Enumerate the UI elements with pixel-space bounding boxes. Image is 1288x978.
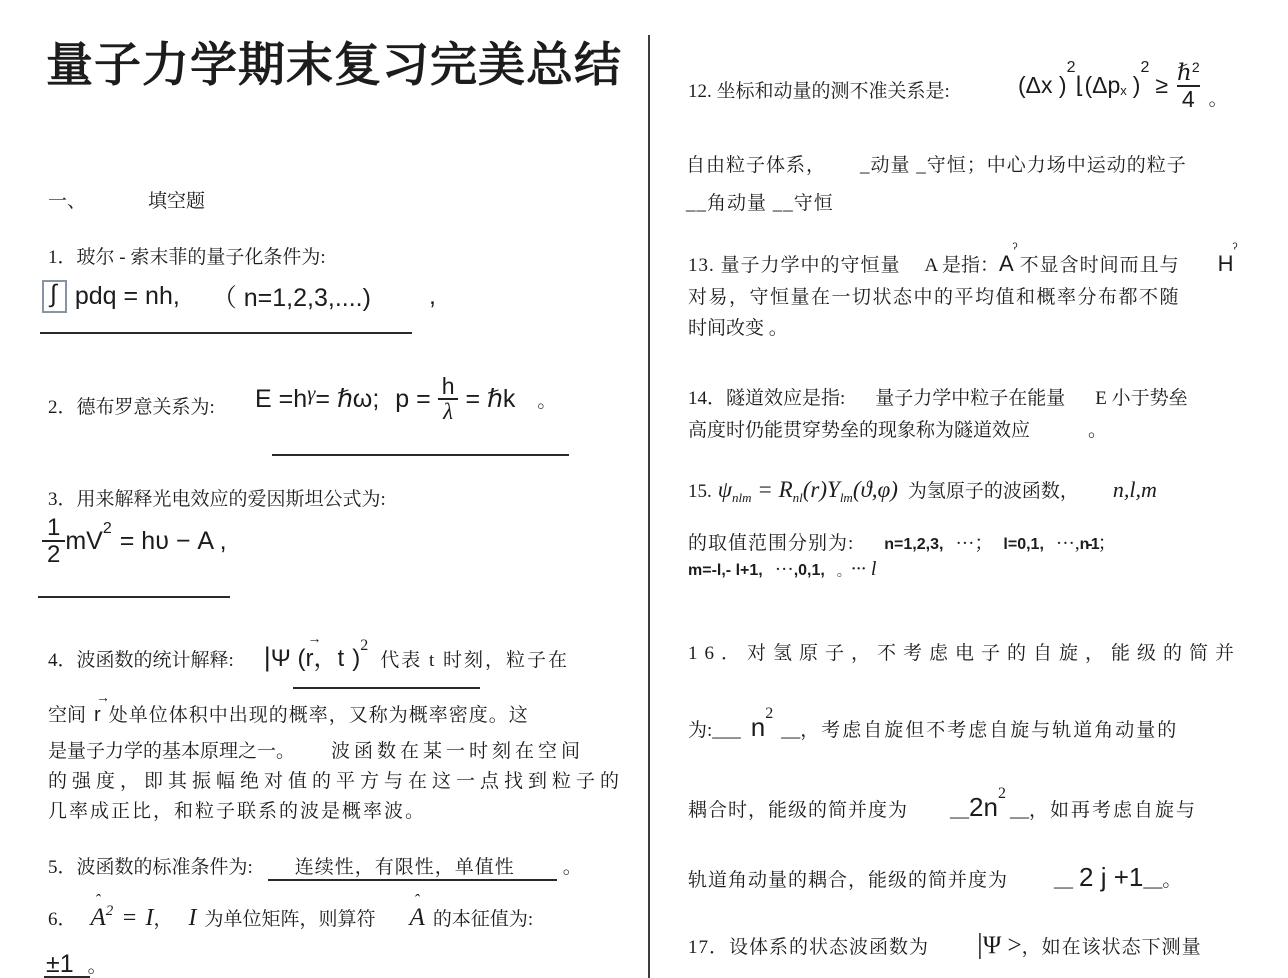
paren-close: ) [1133,72,1141,99]
blank-underscores: __ [950,800,969,822]
delta-p: Δp [1092,72,1120,99]
text: 耦合时，能级的简并度为 [688,795,908,822]
nlm-symbols: n,l,m [1113,477,1157,503]
formula-text: (ϑ,φ) [853,477,898,502]
period: 。 [537,386,556,413]
equals: = [121,905,137,932]
hat-icon: ˀ [1012,240,1017,257]
ket-psi: Ψ > [983,932,1022,960]
question-12-formula: (Δx ) 2 ⌊( Δp x ) 2 ≥ ℏ2 4 。 [1018,60,1228,111]
r-symbol: r [94,704,101,726]
question-17-row: 17．设体系的状态波函数为 |Ψ > ，如在该状态下测量 [688,928,1202,961]
text: A 是指： [925,250,999,277]
question-4-line-1: 4．波函数的统计解释: | Ψ ( → r ，t ) 2 代表 t 时刻，粒子在 [48,638,569,673]
question-16-line-4: 轨道角动量的耦合，能级的简并度为 __ 2 j +1 __。 [688,862,1181,893]
formula-comma: , [429,282,436,311]
question-4-line-3: 是量子力学的基本原理之一。 波函数在某一时刻在空间 [48,736,584,763]
question-6-row: 6． ˆA2 = I ， I 为单位矩阵，则算符 ˆA 的本征值为: [48,904,533,932]
text: 空间 [48,700,86,727]
formula-body: pdq = nh, [75,282,180,311]
exponent: 2 [998,785,1006,803]
question-5-label: 5．波函数的标准条件为: [48,852,253,879]
question-4-line-4: 的强度，即其振幅绝对值的平方与在这一点找到粒子的 [48,766,624,793]
psi-open: Ψ ( [271,645,306,673]
question-4-line-2: 空间 → r 处单位体积中出现的概率，又称为概率密度。这 [48,700,529,727]
answer-degeneracy: 2 j +1 [1079,862,1143,893]
answer-underline [293,687,480,689]
text: 波函数在某一时刻在空间 [331,736,584,763]
operator-h: H [1218,251,1234,276]
fraction-one-half: 1 2 [42,515,65,567]
answer-underline [268,879,557,881]
period: 。 [88,951,107,978]
wavefunction-formula: ψnlm = Rnl(r)Ylm(ϑ,φ) [718,477,898,503]
question-15-number: 15. [688,481,712,503]
formula-p-rhs: = ℏk [466,384,516,414]
section-name: 填空题 [148,186,205,213]
ellipsis: ···； [955,528,993,555]
answer-degeneracy: n [751,712,765,743]
cup-glyph: ⌊( [1075,72,1092,99]
question-1-label: 1．玻尔 - 索末菲的量子化条件为: [48,242,326,269]
comma: ， [154,904,173,931]
answer-m-values: ,0,1, [794,562,825,580]
question-16-line-1: 16．对氢原子，不考虑电子的自旋，能级的简并 [688,638,1241,665]
question-14-line-1: 14．隧道效应是指: 量子力学中粒子在能量 E 小于势垒 [688,383,1188,410]
exponent: 2 [1067,59,1076,77]
formula-rhs: = hυ − A , [120,527,227,556]
question-12-line-3: __角动量 __守恒 [686,188,834,215]
question-12-line-2: 自由粒子体系， _动量 _守恒；中心力场中运动的粒子 [686,150,1187,177]
answer-degeneracy: 2n [969,792,998,823]
hbar-symbol: ℏ [1177,60,1192,85]
answer-l-range: l=0,1, [1003,536,1043,554]
fraction-hbar2-4: ℏ2 4 [1172,60,1205,111]
r-symbol: r [306,645,314,672]
blank-underscores: __ [1054,870,1073,892]
question-2-label: 2．德布罗意关系为: [48,392,215,419]
question-15-line-1: 15. ψnlm = Rnl(r)Ylm(ϑ,φ) 为氢原子的波函数， n,l,… [688,476,1157,503]
period: 。 [1162,865,1181,892]
question-15-line-3: m=-l,- l+1, ··· ,0,1, 。··· l [688,558,876,581]
section-heading: 一、 填空题 [48,186,205,213]
formula-p-lhs: p = [395,385,430,414]
fraction-h-lambda: h λ [437,374,460,424]
question-4-text: 代表 t 时刻，粒子在 [380,645,569,672]
question-2-formula: E =h γ = ℏω; p = h λ = ℏk 。 [255,374,556,424]
question-3-label: 3．用来解释光电效应的爱因斯坦公式为: [48,484,386,511]
exponent: 2 [1192,59,1200,75]
answer-text: 量子力学中粒子在能量 [875,383,1065,410]
boxed-integral: ∫ [42,280,67,313]
text: 处单位体积中出现的概率，又称为概率密度。这 [109,700,529,727]
exponent: 2 [765,705,773,723]
hat-icon: ˆ [414,891,420,911]
vector-arrow-icon: → [96,689,108,705]
text: E 小于势垒 [1095,383,1187,410]
exponent: 2 [360,637,368,655]
question-6-answer-row: ±1 。 [46,950,107,978]
question-5-answer: 连续性，有限性，单值性 [295,852,515,879]
period: 。 [563,852,582,879]
text: 自由粒子体系， [686,150,826,177]
r-vector: → r [94,704,101,727]
question-13-line-2: 对易，守恒量在一切状态中的平均值和概率分布都不随 [688,282,1180,309]
ellipsis: ···, [1056,533,1080,555]
text: ，如在该状态下测量 [1022,932,1202,959]
subscript-x: x [1120,83,1127,98]
answer-underline [38,596,230,598]
question-4-line-5: 几率成正比，和粒子联系的波是概率波。 [48,796,426,823]
fraction-numerator: h [437,374,460,398]
question-13-line-3: 时间改变 。 [688,313,788,340]
formula-e-rhs: = ℏω; [315,384,379,414]
subscript: nl [793,490,803,505]
formula-text: = R [757,477,792,502]
question-6-answer: ±1 [46,950,74,978]
section-number: 一、 [48,186,86,213]
subscript: nlm [732,490,752,505]
exponent: 2 [106,903,114,919]
question-15-line-2: 的取值范围分别为: n=1,2,3, ···； l=0,1, ···,n-1 ； [688,528,1117,555]
exponent: 2 [1140,59,1149,77]
gamma-symbol: γ [307,381,315,406]
period: 。 [1088,415,1107,442]
blank-underscores: __ [781,720,800,742]
geq-symbol: ≥ [1155,72,1168,99]
text: 13. 量子力学中的守恒量 [688,250,901,277]
a-hat-squared: ˆA2 [91,904,114,932]
formula-mv: mV [65,527,103,556]
answer-m-range: m=-l,- l+1, [688,562,763,580]
question-16-line-2: 为:___ n2 __，考虑自旋但不考虑自旋与轨道角动量的 [688,712,1178,743]
text: 不显含时间而且与 [1020,250,1180,277]
text: 是量子力学的基本原理之一。 [48,736,295,763]
text: 为单位矩阵，则算符 [205,904,376,931]
blank-underscores: ___ [712,720,741,742]
text: 轨道角动量的耦合，能级的简并度为 [688,865,1008,892]
psi-symbol: ψ [718,477,732,502]
question-13-line-1: 13. 量子力学中的守恒量 A 是指： ˀA 不显含时间而且与 ˀH [688,250,1234,277]
paren-close: ) [352,645,360,673]
question-14-line-2: 高度时仍能贯穿势垒的现象称为隧道效应 。 [688,415,1107,442]
r-vector: → r [306,645,314,673]
ellipsis: ··· [775,559,794,581]
answer-blank-text: _动量 _守恒；中心力场中运动的粒子 [860,150,1187,177]
fraction-numerator: ℏ2 [1172,60,1205,85]
exponent: 2 [103,520,112,538]
formula-range: （ n=1,2,3,....) [212,278,371,314]
text: 的取值范围分别为: [688,528,854,555]
question-16-line-3: 耦合时，能级的简并度为 __ 2n2 __，如再考虑自旋与 [688,792,1197,823]
text: ，考虑自旋但不考虑自旋与轨道角动量的 [800,715,1178,742]
answer-underline [40,332,412,334]
semicolon: ； [1098,528,1117,555]
text: 14．隧道效应是指: [688,383,845,410]
answer-n-minus-1: n-1 [1080,536,1098,554]
abs-bar: | [264,642,271,673]
hat-icon: ˀ [1232,240,1237,257]
question-6-number: 6． [48,904,77,931]
fraction-denominator: 2 [42,540,65,567]
formula-text: (r)Y [803,477,840,502]
period: 。 [837,561,851,581]
formula-e-lhs: E =h [255,385,307,414]
answer-n-range: n=1,2,3, [884,536,943,554]
vector-arrow-icon: → [308,630,320,646]
identity-symbol: I [146,905,154,932]
document-page: 量子力学期末复习完美总结 一、 填空题 1．玻尔 - 索末菲的量子化条件为: ∫… [0,0,1288,978]
column-divider [648,35,650,978]
subscript: lm [840,490,853,505]
answer-text: 高度时仍能贯穿势垒的现象称为隧道效应 [688,415,1030,442]
text: 17．设体系的状态波函数为 [688,932,929,959]
question-5-row: 5．波函数的标准条件为: 连续性，有限性，单值性 。 [48,852,582,879]
fraction-denominator: 4 [1177,85,1200,111]
text: 为氢原子的波函数， [908,476,1079,503]
answer-underline [272,454,569,456]
hat-icon: ˆ [95,891,101,911]
question-3-formula: 1 2 mV 2 = hυ − A , [42,515,227,567]
text: 的本征值为: [433,904,533,931]
fraction-denominator: λ [438,398,458,424]
question-1-formula: ∫ pdq = nh, （ n=1,2,3,....) , [42,278,436,314]
page-title: 量子力学期末复习完美总结 [46,28,622,95]
delta-x: (Δx ) [1018,72,1067,99]
period: 。 [1209,84,1228,111]
blank-underscores: __ [1143,870,1162,892]
blank-underscores: __ [1010,800,1029,822]
text: ，如再考虑自旋与 [1029,795,1197,822]
question-4-label: 4．波函数的统计解释: [48,645,234,672]
integral-sign: ∫ [50,280,57,308]
question-12-label: 12. 坐标和动量的测不准关系是: [688,76,950,103]
fraction-numerator: 1 [42,515,65,540]
identity-symbol: I [189,905,197,932]
ellipsis-l: ··· l [851,558,877,581]
text: 为: [688,715,712,742]
